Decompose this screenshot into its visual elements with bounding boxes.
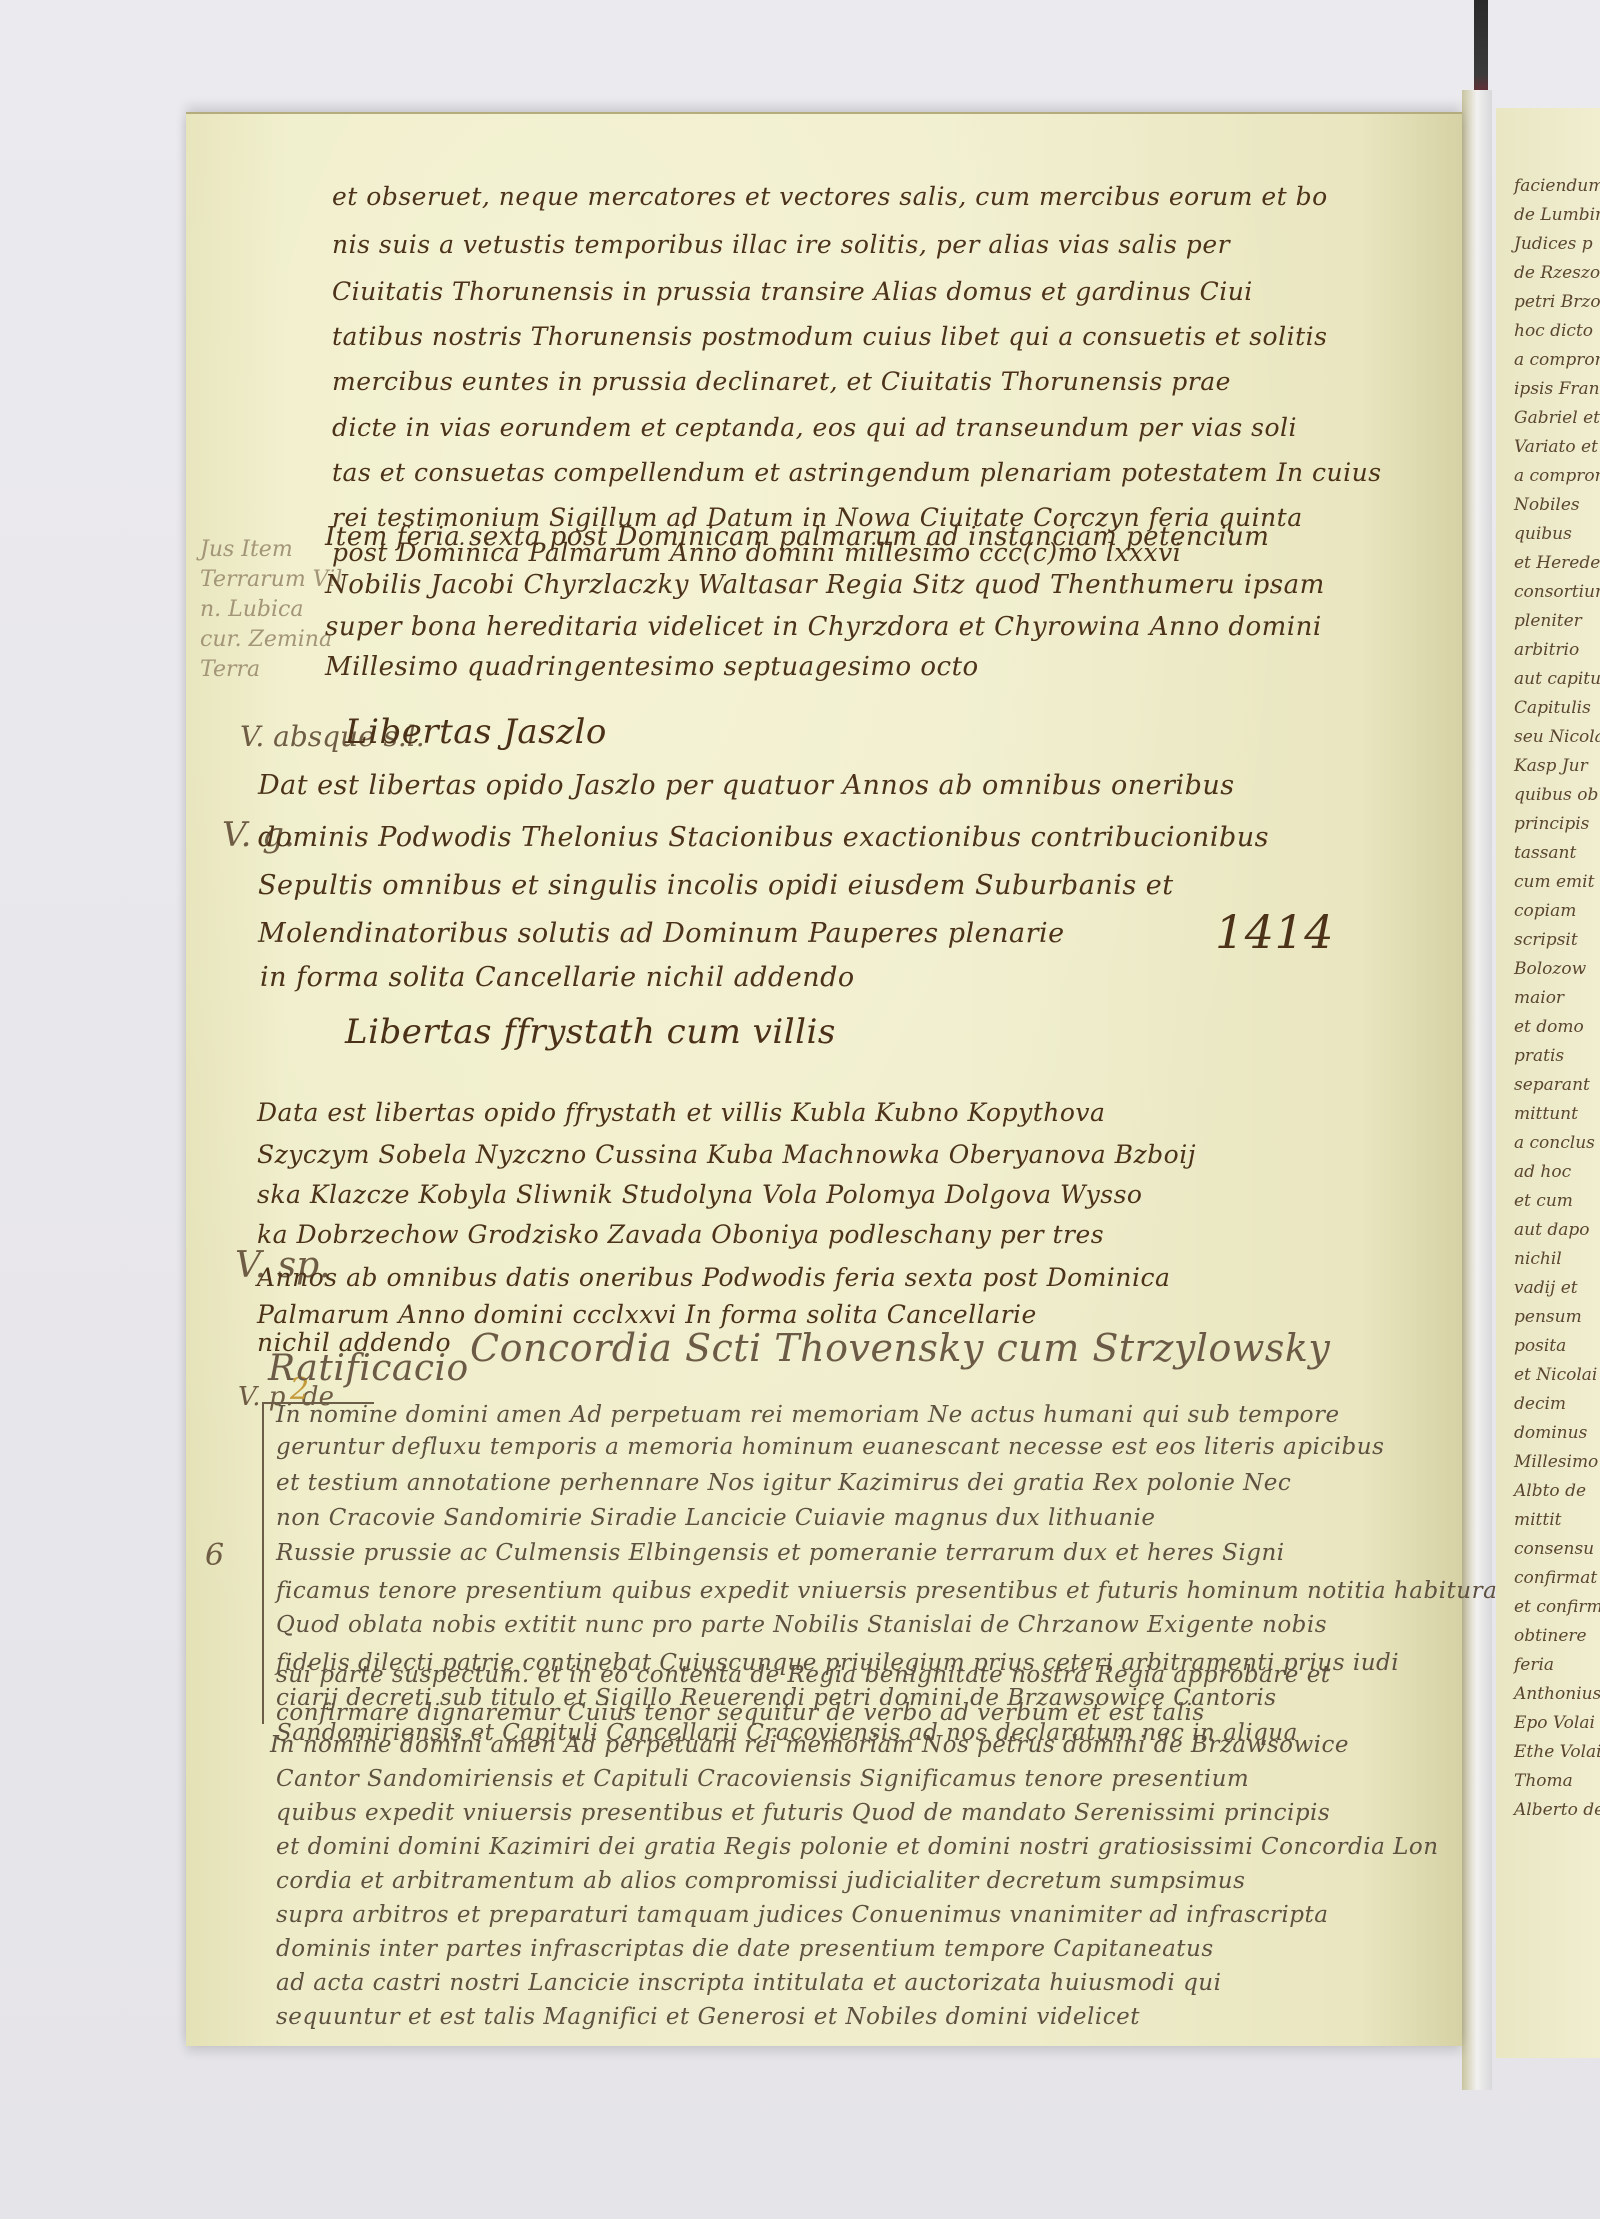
- facing-page-line: et Heredes: [1496, 549, 1600, 578]
- text-line: Item feria sexta post Dominicam palmarum…: [325, 522, 1269, 552]
- facing-page-line: a compromis: [1496, 346, 1600, 375]
- margin-note-faded-line: cur. Zemina: [200, 625, 342, 655]
- text-line: geruntur defluxu temporis a memoria homi…: [276, 1434, 1384, 1460]
- facing-page-line: et cum: [1496, 1187, 1600, 1216]
- text-line: Palmarum Anno domini ccclxxvi In forma s…: [257, 1300, 1037, 1329]
- text-line: super bona hereditaria videlicet in Chyr…: [325, 612, 1322, 642]
- facing-page-line: et domo: [1496, 1013, 1600, 1042]
- facing-page-line: petri Brzoz: [1496, 288, 1600, 317]
- text-line: dominis inter partes infrascriptas die d…: [276, 1936, 1214, 1962]
- text-line: tatibus nostris Thorunensis postmodum cu…: [332, 322, 1327, 351]
- text-line: ad acta castri nostri Lancicie inscripta…: [276, 1970, 1221, 1996]
- text-line: Szyczym Sobela Nyzczno Cussina Kuba Mach…: [257, 1140, 1196, 1169]
- facing-page-line: Bolozow: [1496, 955, 1600, 984]
- facing-page-line: pensum: [1496, 1303, 1600, 1332]
- facing-page-line: quibus ob: [1496, 781, 1600, 810]
- facing-page-line: Epo Volai: [1496, 1709, 1600, 1738]
- section-heading-prefix: Ratificacio: [268, 1348, 469, 1389]
- margin-note-faded-line: Jus Item: [200, 535, 342, 565]
- text-line: Annos ab omnibus datis oneribus Podwodis…: [257, 1263, 1170, 1292]
- text-line: ska Klazcze Kobyla Sliwnik Studolyna Vol…: [257, 1180, 1142, 1209]
- text-line: non Cracovie Sandomirie Siradie Lancicie…: [276, 1505, 1156, 1531]
- text-line: In nomine domini amen Ad perpetuam rei m…: [276, 1402, 1340, 1428]
- text-line: cordia et arbitramentum ab alios comprom…: [276, 1868, 1245, 1894]
- facing-page-line: seu Nicolai: [1496, 723, 1600, 752]
- text-line: Dat est libertas opido Jaszlo per quatuo…: [258, 770, 1235, 801]
- facing-page-line: separant: [1496, 1071, 1600, 1100]
- margin-note-faded: Jus Item Terrarum Vil n. Lubica cur. Zem…: [200, 535, 342, 685]
- facing-page-line: scripsit: [1496, 926, 1600, 955]
- facing-page-line: Albto de: [1496, 1477, 1600, 1506]
- facing-page-line: faciendum de: [1496, 172, 1600, 201]
- facing-page-line: mittit: [1496, 1506, 1600, 1535]
- facing-page-line: nichil: [1496, 1245, 1600, 1274]
- text-line: Quod oblata nobis extitit nunc pro parte…: [276, 1612, 1327, 1638]
- facing-page-line: consensu: [1496, 1535, 1600, 1564]
- facing-page-edge: faciendum dede LumbinJudices pde Rzeszow…: [1496, 108, 1600, 2058]
- margin-note-faded-line: Terra: [200, 655, 342, 685]
- facing-page-line: dominus: [1496, 1419, 1600, 1448]
- section-heading: Libertas Jaszlo: [345, 712, 607, 752]
- facing-page-line: pleniter: [1496, 607, 1600, 636]
- facing-page-line: pratis: [1496, 1042, 1600, 1071]
- facing-page-line: copiam: [1496, 897, 1600, 926]
- facing-page-line: maior: [1496, 984, 1600, 1013]
- facing-page-line: a conclus: [1496, 1129, 1600, 1158]
- facing-page-line: Thoma: [1496, 1767, 1600, 1796]
- facing-page-line: tassant: [1496, 839, 1600, 868]
- facing-page-line: consortium: [1496, 578, 1600, 607]
- text-line: dicte in vias eorundem et ceptanda, eos …: [332, 413, 1297, 442]
- facing-page-line: Nobiles: [1496, 491, 1600, 520]
- text-line: In nomine domini amen Ad perpetuam rei m…: [270, 1732, 1349, 1758]
- text-line: mercibus euntes in prussia declinaret, e…: [332, 367, 1231, 396]
- facing-page-line: et Nicolai: [1496, 1361, 1600, 1390]
- facing-page-line: quibus: [1496, 520, 1600, 549]
- text-line: ficamus tenore presentium quibus expedit…: [276, 1578, 1497, 1604]
- facing-page-line: Capitulis: [1496, 694, 1600, 723]
- section-heading: Concordia Scti Thovensky cum Strzylowsky: [470, 1326, 1330, 1370]
- section-heading: Libertas ffrystath cum villis: [345, 1012, 836, 1052]
- facing-page-line: aut capitul: [1496, 665, 1600, 694]
- text-line: confirmare dignaremur Cuius tenor sequit…: [276, 1700, 1205, 1726]
- facing-page-line: hoc dicto: [1496, 317, 1600, 346]
- facing-page-line: ad hoc: [1496, 1158, 1600, 1187]
- text-line: et domini domini Kazimiri dei gratia Reg…: [276, 1834, 1439, 1860]
- text-line: et testium annotatione perhennare Nos ig…: [276, 1470, 1291, 1496]
- text-line: quibus expedit vniuersis presentibus et …: [276, 1800, 1330, 1826]
- text-line: Ciuitatis Thorunensis in prussia transir…: [332, 277, 1253, 306]
- facing-page-line: Millesimo: [1496, 1448, 1600, 1477]
- book-gutter: [1462, 90, 1492, 2090]
- text-line: dominis Podwodis Thelonius Stacionibus e…: [258, 822, 1269, 853]
- text-line: Data est libertas opido ffrystath et vil…: [257, 1098, 1105, 1127]
- facing-page-line: Variato et: [1496, 433, 1600, 462]
- text-line: Molendinatoribus solutis ad Dominum Paup…: [258, 918, 1065, 949]
- facing-page-line: ipsis Francis: [1496, 375, 1600, 404]
- facing-page-text: faciendum dede LumbinJudices pde Rzeszow…: [1496, 108, 1600, 1825]
- facing-page-line: principis: [1496, 810, 1600, 839]
- facing-page-line: Alberto de: [1496, 1796, 1600, 1825]
- facing-page-line: posita: [1496, 1332, 1600, 1361]
- facing-page-line: de Rzeszow: [1496, 259, 1600, 288]
- text-line: nis suis a vetustis temporibus illac ire…: [332, 230, 1230, 259]
- text-line: et obseruet, neque mercatores et vectore…: [332, 182, 1328, 211]
- text-line: Cantor Sandomiriensis et Capituli Cracov…: [276, 1766, 1249, 1792]
- facing-page-line: de Lumbin: [1496, 201, 1600, 230]
- margin-note-number: 6: [205, 1538, 224, 1573]
- facing-page-line: et confirma: [1496, 1593, 1600, 1622]
- facing-page-line: decim: [1496, 1390, 1600, 1419]
- text-line: tas et consuetas compellendum et astring…: [332, 458, 1382, 487]
- text-line: Nobilis Jacobi Chyrzlaczky Waltasar Regi…: [325, 570, 1325, 600]
- text-line: ka Dobrzechow Grodzisko Zavada Oboniya p…: [257, 1220, 1104, 1249]
- margin-note-faded-line: Terrarum Vil: [200, 565, 342, 595]
- facing-page-line: a compromis: [1496, 462, 1600, 491]
- facing-page-line: aut dapo: [1496, 1216, 1600, 1245]
- text-line: Sepultis omnibus et singulis incolis opi…: [258, 870, 1174, 901]
- facing-page-line: Gabriel et: [1496, 404, 1600, 433]
- facing-page-line: confirmat: [1496, 1564, 1600, 1593]
- facing-page-line: feria: [1496, 1651, 1600, 1680]
- facing-page-line: cum emit: [1496, 868, 1600, 897]
- text-line: Russie prussie ac Culmensis Elbingensis …: [276, 1540, 1285, 1566]
- facing-page-line: mittunt: [1496, 1100, 1600, 1129]
- facing-page-line: Judices p: [1496, 230, 1600, 259]
- year-annotation: 1414: [1215, 905, 1334, 959]
- facing-page-line: obtinere: [1496, 1622, 1600, 1651]
- facing-page-line: arbitrio: [1496, 636, 1600, 665]
- text-line: in forma solita Cancellarie nichil adden…: [260, 962, 855, 993]
- facing-page-line: Ethe Volai: [1496, 1738, 1600, 1767]
- facing-page-line: Anthonius: [1496, 1680, 1600, 1709]
- facing-page-line: Kasp Jur: [1496, 752, 1600, 781]
- text-line: supra arbitros et preparaturi tamquam ju…: [276, 1902, 1328, 1928]
- text-line: Millesimo quadringentesimo septuagesimo …: [325, 652, 979, 682]
- text-line: sequuntur et est talis Magnifici et Gene…: [276, 2004, 1140, 2030]
- margin-note-faded-line: n. Lubica: [200, 595, 342, 625]
- text-line: sui parte suspectum. et in eo contenta d…: [276, 1662, 1331, 1688]
- facing-page-line: vadij et: [1496, 1274, 1600, 1303]
